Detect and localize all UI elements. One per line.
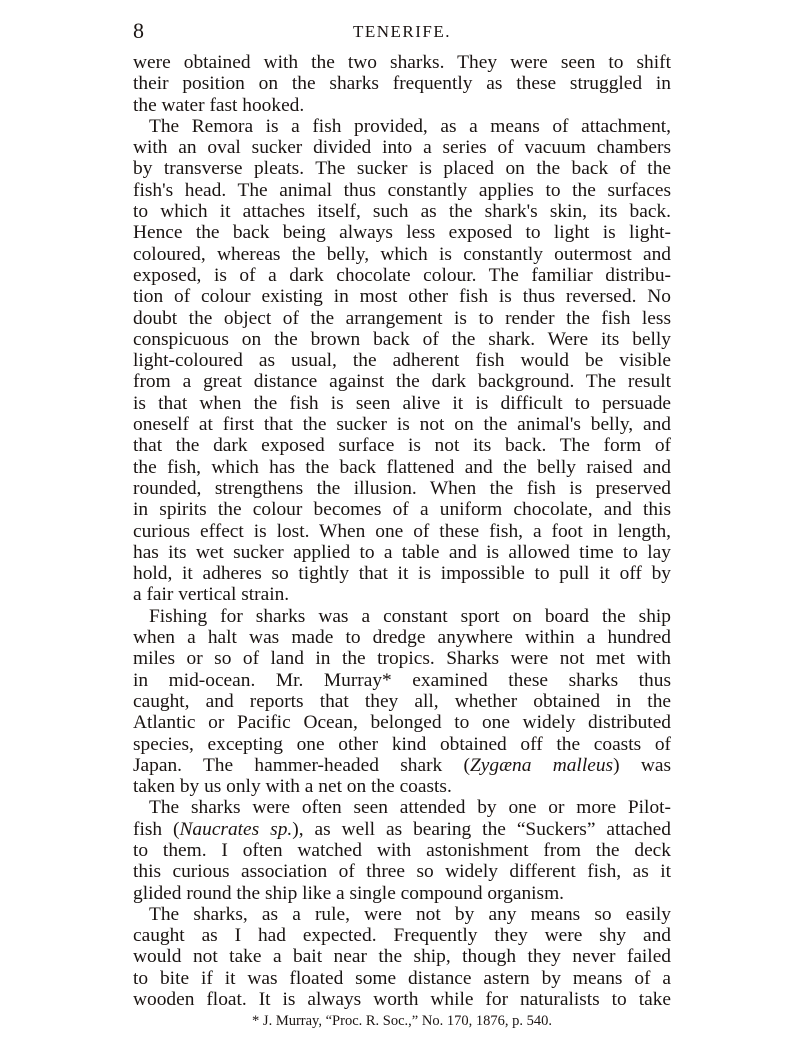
- running-title: TENERIFE.: [133, 22, 671, 42]
- text-line: exposed, is of a dark chocolate colour. …: [133, 265, 671, 286]
- text-line: caught, and reports that they all, wheth…: [133, 691, 671, 712]
- footnote-marker: *: [252, 1013, 259, 1029]
- paragraph: The sharks, as a rule, were not by any m…: [133, 904, 671, 1010]
- text-line: species, excepting one other kind obtain…: [133, 734, 671, 755]
- text-line: to bite if it was floated some distance …: [133, 968, 671, 989]
- body-text: were obtained with the two sharks. They …: [133, 52, 671, 1010]
- text-line: taken by us only with a net on the coast…: [133, 776, 671, 797]
- text-line: in spirits the colour becomes of a unifo…: [133, 499, 671, 520]
- text-line: The sharks, as a rule, were not by any m…: [133, 904, 671, 925]
- paragraph: Fishing for sharks was a constant sport …: [133, 606, 671, 798]
- text-line: oneself at first that the sucker is not …: [133, 414, 671, 435]
- text-line: curious effect is lost. When one of thes…: [133, 521, 671, 542]
- text-line: coloured, whereas the belly, which is co…: [133, 244, 671, 265]
- text-line: by transverse pleats. The sucker is plac…: [133, 158, 671, 179]
- running-head: 8 TENERIFE.: [133, 14, 671, 44]
- text-line: tion of colour existing in most other fi…: [133, 286, 671, 307]
- text-line: rounded, strengthens the illusion. When …: [133, 478, 671, 499]
- text-line: a fair vertical strain.: [133, 584, 671, 605]
- text-line: the fish, which has the back flattened a…: [133, 457, 671, 478]
- paragraph: were obtained with the two sharks. They …: [133, 52, 671, 116]
- text-line: the water fast hooked.: [133, 95, 671, 116]
- text-line: miles or so of land in the tropics. Shar…: [133, 648, 671, 669]
- footnote: * J. Murray, “Proc. R. Soc.,” No. 170, 1…: [133, 1012, 671, 1030]
- italic-term: Naucrates sp.: [180, 819, 293, 840]
- text-line: caught as I had expected. Frequently the…: [133, 925, 671, 946]
- text-line: glided round the ship like a single comp…: [133, 883, 671, 904]
- text-line: doubt the object of the arrangement is t…: [133, 308, 671, 329]
- text-line: conspicuous on the brown back of the sha…: [133, 329, 671, 350]
- text-line: were obtained with the two sharks. They …: [133, 52, 671, 73]
- text-line: is that when the fish is seen alive it i…: [133, 393, 671, 414]
- text-line: fish (Naucrates sp.), as well as bearing…: [133, 819, 671, 840]
- text-line: with an oval sucker divided into a serie…: [133, 137, 671, 158]
- text-line: has its wet sucker applied to a table an…: [133, 542, 671, 563]
- italic-term: Zygæna malleus: [470, 755, 613, 776]
- text-line: Hence the back being always less exposed…: [133, 222, 671, 243]
- book-page: 8 TENERIFE. were obtained with the two s…: [133, 14, 671, 1030]
- text-line: wooden float. It is always worth while f…: [133, 989, 671, 1010]
- text-line: fish's head. The animal thus constantly …: [133, 180, 671, 201]
- text-line: Fishing for sharks was a constant sport …: [133, 606, 671, 627]
- text-line: that the dark exposed surface is not its…: [133, 435, 671, 456]
- text-line: to which it attaches itself, such as the…: [133, 201, 671, 222]
- text-line: Atlantic or Pacific Ocean, belonged to o…: [133, 712, 671, 733]
- text-line: hold, it adheres so tightly that it is i…: [133, 563, 671, 584]
- text-line: Japan. The hammer-headed shark (Zygæna m…: [133, 755, 671, 776]
- text-line: their position on the sharks frequently …: [133, 73, 671, 94]
- text-line: to them. I often watched with astonishme…: [133, 840, 671, 861]
- paragraph: The sharks were often seen attended by o…: [133, 797, 671, 903]
- text-line: light-coloured as usual, the adherent fi…: [133, 350, 671, 371]
- text-line: would not take a bait near the ship, tho…: [133, 946, 671, 967]
- text-line: The Remora is a fish provided, as a mean…: [133, 116, 671, 137]
- text-line: in mid-ocean. Mr. Murray* examined these…: [133, 670, 671, 691]
- footnote-text: J. Murray, “Proc. R. Soc.,” No. 170, 187…: [263, 1013, 552, 1029]
- paragraph: The Remora is a fish provided, as a mean…: [133, 116, 671, 606]
- text-line: from a great distance against the dark b…: [133, 371, 671, 392]
- text-line: The sharks were often seen attended by o…: [133, 797, 671, 818]
- text-line: this curious association of three so wid…: [133, 861, 671, 882]
- text-line: when a halt was made to dredge anywhere …: [133, 627, 671, 648]
